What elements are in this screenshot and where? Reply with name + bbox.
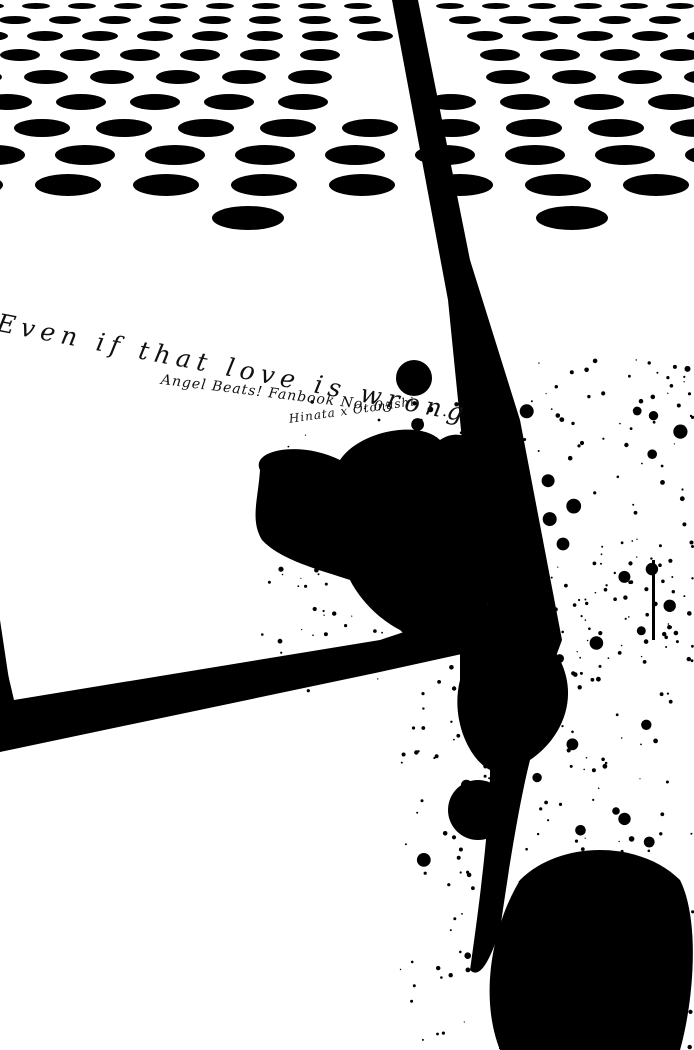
ink-artwork [0, 0, 694, 1050]
fanbook-cover-art: Even if that love is wrong Angel Beats! … [0, 0, 694, 1050]
